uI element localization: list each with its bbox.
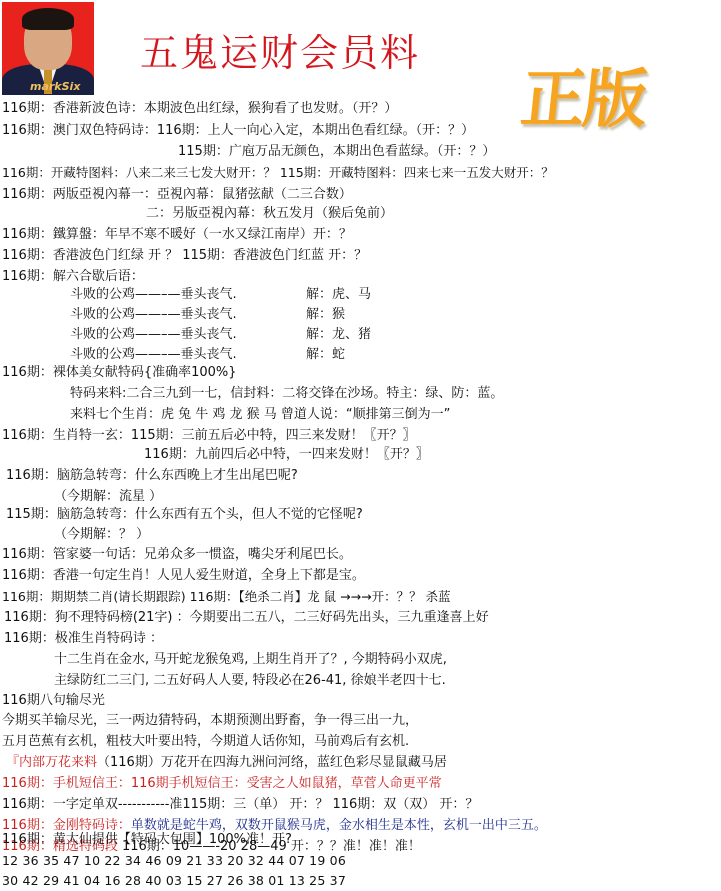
line-zodiac-xuan-115: 116期：生肖特一玄：115期：三前五后必中特，四三来发财！〖开？〗: [2, 427, 416, 445]
riddle-1-answer: 解：虎、马: [306, 286, 371, 304]
line-wong-tai-sin: 116期：黄大仙提供【特码大包围】100%准！开?: [2, 831, 292, 849]
line-xiehouyu-header: 116期：解六合歇后语：: [2, 268, 144, 286]
line-eight-sentences-2: 五月芭蕉有玄机，粗枝大叶要出特，今期道人话你知，马前鸡后有玄机.: [2, 733, 409, 751]
numbers-row-1: 12 36 35 47 10 22 34 46 09 21 33 20 32 4…: [2, 852, 346, 870]
line-zodiac-poem-header: 116期：极准生肖特码诗 ：: [4, 630, 163, 648]
line-nude-beauty: 116期：裸体美女献特码{准确率100%}: [2, 364, 237, 382]
genuine-badge: 正版: [517, 48, 651, 140]
wanhua-label: 『内部万花来料: [6, 755, 97, 770]
line-odd-even: 116期：一字定单双-----------准115期：三（单） 开：？ 116期…: [2, 796, 478, 814]
line-hk-wave-poem: 116期：香港新波色诗：本期波色出红绿，猴狗看了也发财。（开？）: [2, 100, 397, 118]
line-brain-teaser-116: 116期：脑筋急转弯：什么东西晚上才生出尾巴呢?: [6, 467, 298, 485]
line-special-code-source: 特码来料:二合三九到一七，信封料：二将交锋在沙场。特主：绿、防：蓝。: [70, 385, 503, 403]
page-title: 五鬼运财会员料: [140, 22, 420, 77]
line-zodiac-xuan-116: 116期：九前四后必中特，一四来发财！〖开？〗: [144, 446, 429, 464]
line-sms-king: 116期：手机短信王：116期手机短信王：受害之人如鼠猪，草菅人命更平常: [2, 775, 442, 793]
line-seven-zodiacs: 来料七个生肖：虎 兔 牛 鸡 龙 猴 马 曾道人说：“顺排第三倒为一”: [70, 406, 450, 424]
line-ban-two-zodiacs: 116期：期期禁二肖(请长期跟踪) 116期：【绝杀二肖】龙 鼠 →→→开：？？…: [2, 588, 451, 606]
line-hk-one-sentence: 116期：香港一句定生肖！人见人爱生财道，全身上下都是宝。: [2, 567, 365, 585]
line-brain-teaser-116-answer: （今期解：流星 ）: [54, 488, 162, 506]
riddle-4-answer: 解：蛇: [306, 346, 345, 364]
line-iron-abacus: 116期：鐵算盤：年早不寒不暖好（一水又绿江南岸）开：？: [2, 226, 352, 244]
line-zodiac-poem-1: 十二生肖在金水, 马开蛇龙猴兔鸡, 上期生肖开了？, 今期特码小双虎,: [54, 651, 447, 669]
line-goubuli: 116期：狗不理特码榜(21字) ：今期要出二五八，二三好码先出头，三九重逢喜上…: [4, 609, 489, 627]
line-brain-teaser-115: 115期：脑筋急转弯：什么东西有五个头，但人不觉的它怪呢?: [6, 506, 363, 524]
riddle-3: 斗败的公鸡——–—垂头丧气.: [70, 326, 237, 344]
wanhua-text: （116期）万花开在四海九洲问河络，蓝红色彩尽显鼠藏马居: [97, 755, 447, 770]
line-hk-wave-door: 116期：香港波色门红绿 开 ？ 115期：香港波色门红蓝 开：？: [2, 247, 367, 265]
header-photo: markSix: [2, 2, 94, 95]
photo-hair: [22, 8, 74, 30]
numbers-row-2: 30 42 29 41 04 16 28 40 03 15 27 26 38 0…: [2, 872, 346, 890]
riddle-1: 斗败的公鸡——–—垂头丧气.: [70, 286, 237, 304]
riddle-2-answer: 解：猴: [306, 306, 345, 324]
line-brain-teaser-115-answer: （今期解：？ ）: [54, 526, 149, 544]
riddle-2: 斗败的公鸡——–—垂头丧气.: [70, 306, 237, 324]
line-kaicang: 116期：开藏特图料：八来二来三七发大财开：？ 115期：开藏特图料：四来七来一…: [2, 164, 554, 182]
line-macau-poem: 116期：澳门双色特码诗：116期：上人一向心入定，本期出色看红绿。（开：？）: [2, 122, 474, 140]
line-eight-sentences-1: 今期买羊输尽光，三一两边猜特码，本期预测出野畜，争一得三出一九，: [2, 712, 418, 730]
line-atv-insider-1: 116期：两版亞視內幕一：亞視內幕：鼠猪弦献（二三合数）: [2, 186, 352, 204]
line-housekeeper: 116期：管家婆一句话：兄弟众多一惯盗，嘴尖牙利尾巴长。: [2, 546, 352, 564]
riddle-3-answer: 解：龙、猪: [306, 326, 371, 344]
riddle-4: 斗败的公鸡——–—垂头丧气.: [70, 346, 237, 364]
line-wanhua: 『内部万花来料（116期）万花开在四海九洲问河络，蓝红色彩尽显鼠藏马居: [6, 754, 447, 772]
line-zodiac-poem-2: 主绿防红二三门, 二五好码人人要, 特段必在26-41, 徐娘半老四十七.: [54, 672, 446, 690]
line-atv-insider-2: 二：另版亞視內幕：秋五发月（猴后兔前）: [146, 205, 393, 223]
line-macau-poem-115: 115期：广庖万品无颜色，本期出色看蓝绿。（开：？）: [178, 143, 495, 161]
photo-watermark: markSix: [30, 80, 80, 93]
line-eight-sentences-header: 116期八句输尽光: [2, 692, 105, 710]
